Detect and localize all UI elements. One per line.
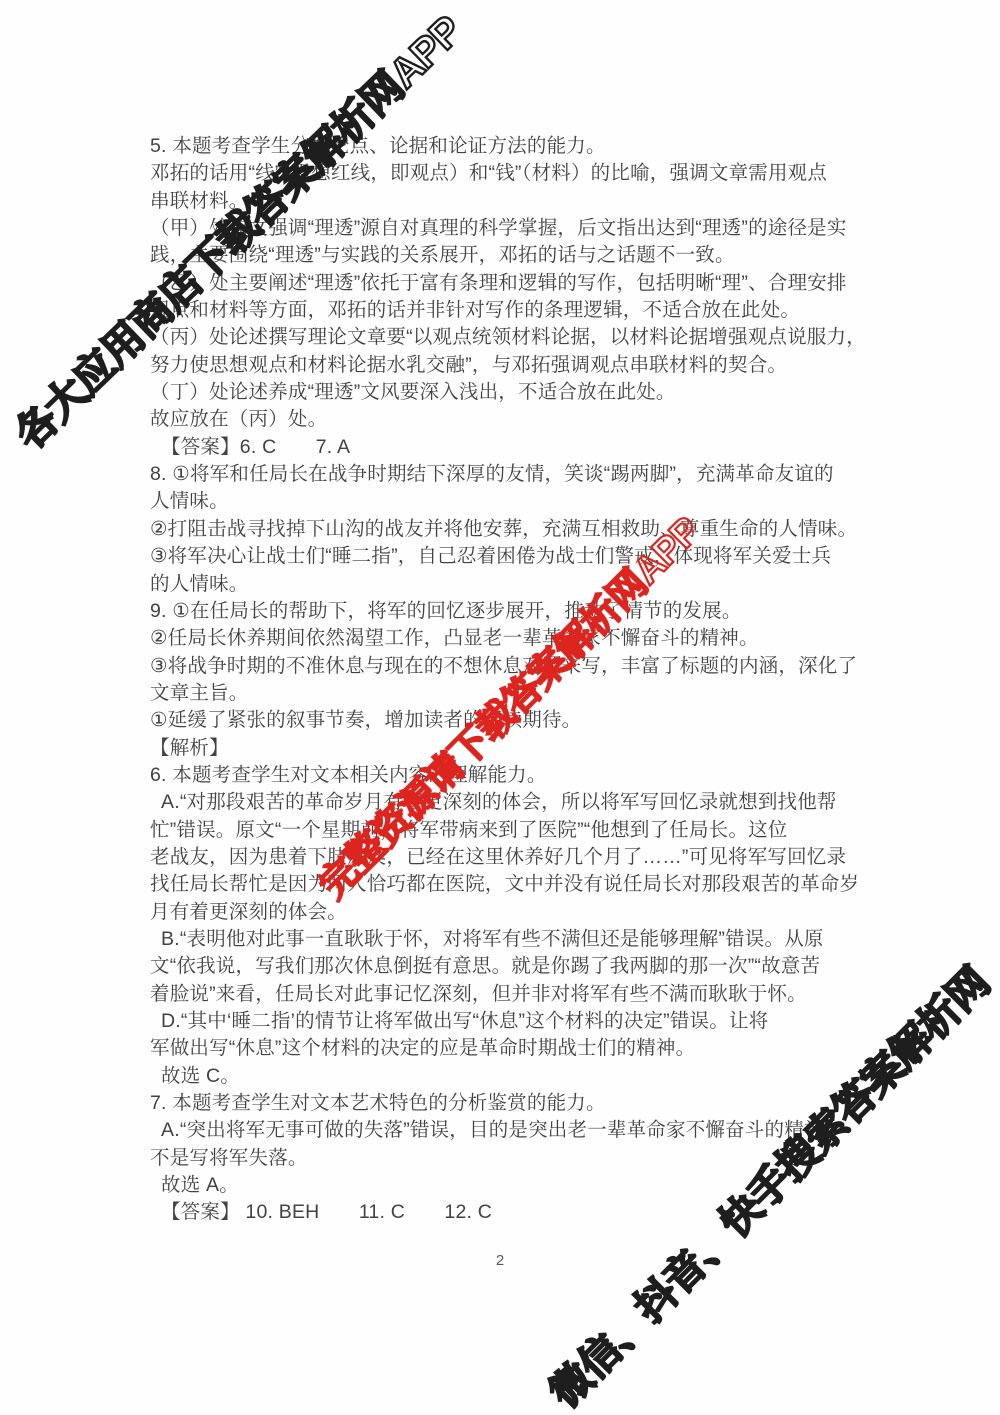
text-line: ②打阻击战寻找掉下山沟的战友并将他安葬，充满互相救助、尊重生命的人情味。 (150, 516, 880, 543)
text-line: A.“突出将军无事可做的失落”错误，目的是突出老一辈革命家不懈奋斗的精神， (150, 1117, 880, 1144)
text-line: 故应放在（丙）处。 (150, 406, 880, 433)
text-line: 7. 本题考查学生对文本艺术特色的分析鉴赏的能力。 (150, 1090, 880, 1117)
text-line: B.“表明他对此事一直耿耿于怀，对将军有些不满但还是能够理解”错误。从原 (150, 926, 880, 953)
document-text-block: 5. 本题考查学生分析论点、论据和论证方法的能力。邓拓的话用“线”（思想红线，即… (150, 133, 880, 1227)
text-line: 【答案】 10. BEH 11. C 12. C (150, 1199, 880, 1226)
text-line: 努力使思想观点和材料论据水乳交融”，与邓拓强调观点串联材料的契合。 (150, 352, 880, 379)
text-line: 【答案】6. C 7. A (150, 434, 880, 461)
text-line: A.“对那段艰苦的革命岁月有着更深刻的体会，所以将军写回忆录就想到找他帮 (150, 789, 880, 816)
text-line: 邓拓的话用“线”（思想红线，即观点）和“钱”（材料）的比喻，强调文章需用观点 (150, 160, 880, 187)
text-line: （丁）处论述养成“理透”文风要深入浅出，不适合放在此处。 (150, 379, 880, 406)
text-line: ①延缓了紧张的叙事节奏，增加读者的阅读期待。 (150, 707, 880, 734)
text-line: 军做出写“休息”这个材料的决定的应是革命时期战士们的精神。 (150, 1035, 880, 1062)
text-line: 5. 本题考查学生分析论点、论据和论证方法的能力。 (150, 133, 880, 160)
document-page: 5. 本题考查学生分析论点、论据和论证方法的能力。邓拓的话用“线”（思想红线，即… (0, 0, 1000, 1415)
text-line: ③将军决心让战士们“睡二指”，自己忍着困倦为战士们警戒，体现将军关爱士兵 (150, 543, 880, 570)
text-line: 故选 C。 (150, 1063, 880, 1090)
text-line: 着脸说”来看，任局长对此事记忆深刻，但并非对将军有些不满而耿耿于怀。 (150, 981, 880, 1008)
text-line: 不是写将军失落。 (150, 1145, 880, 1172)
text-line: 忙”错误。原文“一个星期前，将军带病来到了医院”“他想到了任局长。这位 (150, 817, 880, 844)
text-line: 月有着更深刻的体会。 (150, 899, 880, 926)
text-line: 文章主旨。 (150, 680, 880, 707)
text-line: ③将战争时期的不准休息与现在的不想休息对照来写，丰富了标题的内涵，深化了 (150, 653, 880, 680)
text-line: 6. 本题考查学生对文本相关内容的理解能力。 (150, 762, 880, 789)
text-line: 践，主要围绕“理透”与实践的关系展开，邓拓的话与之话题不一致。 (150, 242, 880, 269)
text-line: 文“依我说，写我们那次休息倒挺有意思。就是你踢了我两脚的那一次”“故意苦 (150, 953, 880, 980)
text-line: 人情味。 (150, 488, 880, 515)
text-line: ②任局长休养期间依然渴望工作，凸显老一辈革命家不懈奋斗的精神。 (150, 625, 880, 652)
text-line: 的人情味。 (150, 571, 880, 598)
text-line: 观点和材料等方面，邓拓的话并非针对写作的条理逻辑，不适合放在此处。 (150, 297, 880, 324)
text-line: （甲）处前文强调“理透”源自对真理的科学掌握，后文指出达到“理透”的途径是实 (150, 215, 880, 242)
text-line: 找任局长帮忙是因为两人恰巧都在医院，文中并没有说任局长对那段艰苦的革命岁 (150, 871, 880, 898)
text-line: D.“其中‘睡二指’的情节让将军做出写“休息”这个材料的决定”错误。让将 (150, 1008, 880, 1035)
text-line: 8. ①将军和任局长在战争时期结下深厚的友情，笑谈“踢两脚”，充满革命友谊的 (150, 461, 880, 488)
text-line: 9. ①在任局长的帮助下，将军的回忆逐步展开，推动了情节的发展。 (150, 598, 880, 625)
text-line: 故选 A。 (150, 1172, 880, 1199)
text-line: （乙）处主要阐述“理透”依托于富有条理和逻辑的写作，包括明晰“理”、合理安排 (150, 270, 880, 297)
page-number: 2 (0, 1252, 1000, 1269)
text-line: 老战友，因为患着下肢瘫痪，已经在这里休养好几个月了……”可见将军写回忆录 (150, 844, 880, 871)
text-line: 串联材料。 (150, 188, 880, 215)
text-line: 【解析】 (150, 735, 880, 762)
text-line: （丙）处论述撰写理论文章要“以观点统领材料论据，以材料论据增强观点说服力， (150, 324, 880, 351)
